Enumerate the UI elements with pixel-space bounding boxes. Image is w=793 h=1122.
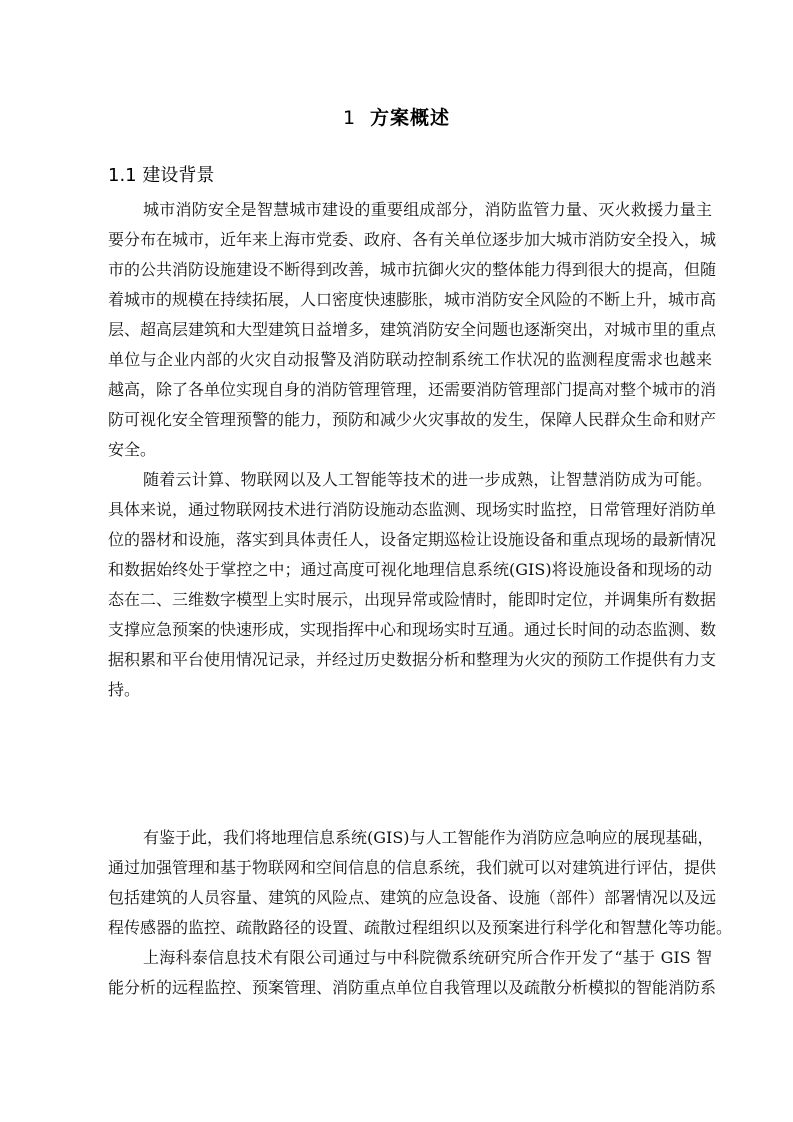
section-title: 建设背景	[142, 165, 214, 186]
paragraph-1-line: 越高，除了各单位实现自身的消防管理管理，还需要消防管理部门提高对整个城市的消	[108, 379, 712, 401]
paragraph-1-line: 要分布在城市，近年来上海市党委、政府、各有关单位逐步加大城市消防安全投入，城	[108, 229, 712, 251]
section-number: 1.1	[108, 165, 137, 186]
paragraph-3-line: 有鉴于此，我们将地理信息系统(GIS)与人工智能作为消防应急响应的展现基础，	[143, 827, 712, 849]
section-heading: 1.1 建设背景	[108, 161, 214, 187]
paragraph-2-line: 随着云计算、物联网以及人工智能等技术的进一步成熟，让智慧消防成为可能。	[143, 469, 712, 491]
paragraph-2-line: 支撑应急预案的快速形成，实现指挥中心和现场实时互通。通过长时间的动态监测、数	[108, 619, 712, 641]
paragraph-1-line: 着城市的规模在持续拓展，人口密度快速膨胀，城市消防安全风险的不断上升，城市高	[108, 289, 712, 311]
chapter-number: 1	[343, 107, 356, 129]
paragraph-1-line: 城市消防安全是智慧城市建设的重要组成部分，消防监管力量、灭火救援力量主	[143, 199, 712, 221]
paragraph-4-line: 能分析的远程监控、预案管理、消防重点单位自我管理以及疏散分析模拟的智能消防系	[108, 977, 712, 999]
document-page: 1方案概述 1.1 建设背景 城市消防安全是智慧城市建设的重要组成部分，消防监管…	[0, 0, 793, 1122]
paragraph-2-line: 具体来说，通过物联网技术进行消防设施动态监测、现场实时监控，日常管理好消防单	[108, 499, 712, 521]
paragraph-1-line: 层、超高层建筑和大型建筑日益增多，建筑消防安全问题也逐渐突出，对城市里的重点	[108, 319, 712, 341]
paragraph-2-line: 位的器材和设施，落实到具体责任人，设备定期巡检让设施设备和重点现场的最新情况	[108, 529, 712, 551]
paragraph-2-line: 据积累和平台使用情况记录，并经过历史数据分析和整理为火灾的预防工作提供有力支	[108, 649, 712, 671]
chapter-title: 方案概述	[370, 107, 450, 129]
paragraph-4-line: 上海科泰信息技术有限公司通过与中科院微系统研究所合作开发了“基于 GIS 智	[143, 947, 712, 969]
paragraph-3-line: 程传感器的监控、疏散路径的设置、疏散过程组织以及预案进行科学化和智慧化等功能。	[108, 917, 712, 939]
paragraph-2-line: 和数据始终处于掌控之中；通过高度可视化地理信息系统(GIS)将设施设备和现场的动	[108, 559, 712, 581]
paragraph-1-line: 防可视化安全管理预警的能力，预防和减少火灾事故的发生，保障人民群众生命和财产	[108, 409, 712, 431]
paragraph-1-line: 单位与企业内部的火灾自动报警及消防联动控制系统工作状况的监测程度需求也越来	[108, 349, 712, 371]
paragraph-1-line: 安全。	[108, 439, 712, 461]
paragraph-3-line: 包括建筑的人员容量、建筑的风险点、建筑的应急设备、设施（部件）部署情况以及远	[108, 887, 712, 909]
paragraph-2-line: 持。	[108, 679, 712, 701]
chapter-heading: 1方案概述	[0, 103, 793, 130]
paragraph-2-line: 态在二、三维数字模型上实时展示，出现异常或险情时，能即时定位，并调集所有数据	[108, 589, 712, 611]
paragraph-1-line: 市的公共消防设施建设不断得到改善，城市抗御火灾的整体能力得到很大的提高，但随	[108, 259, 712, 281]
paragraph-3-line: 通过加强管理和基于物联网和空间信息的信息系统，我们就可以对建筑进行评估，提供	[108, 857, 712, 879]
